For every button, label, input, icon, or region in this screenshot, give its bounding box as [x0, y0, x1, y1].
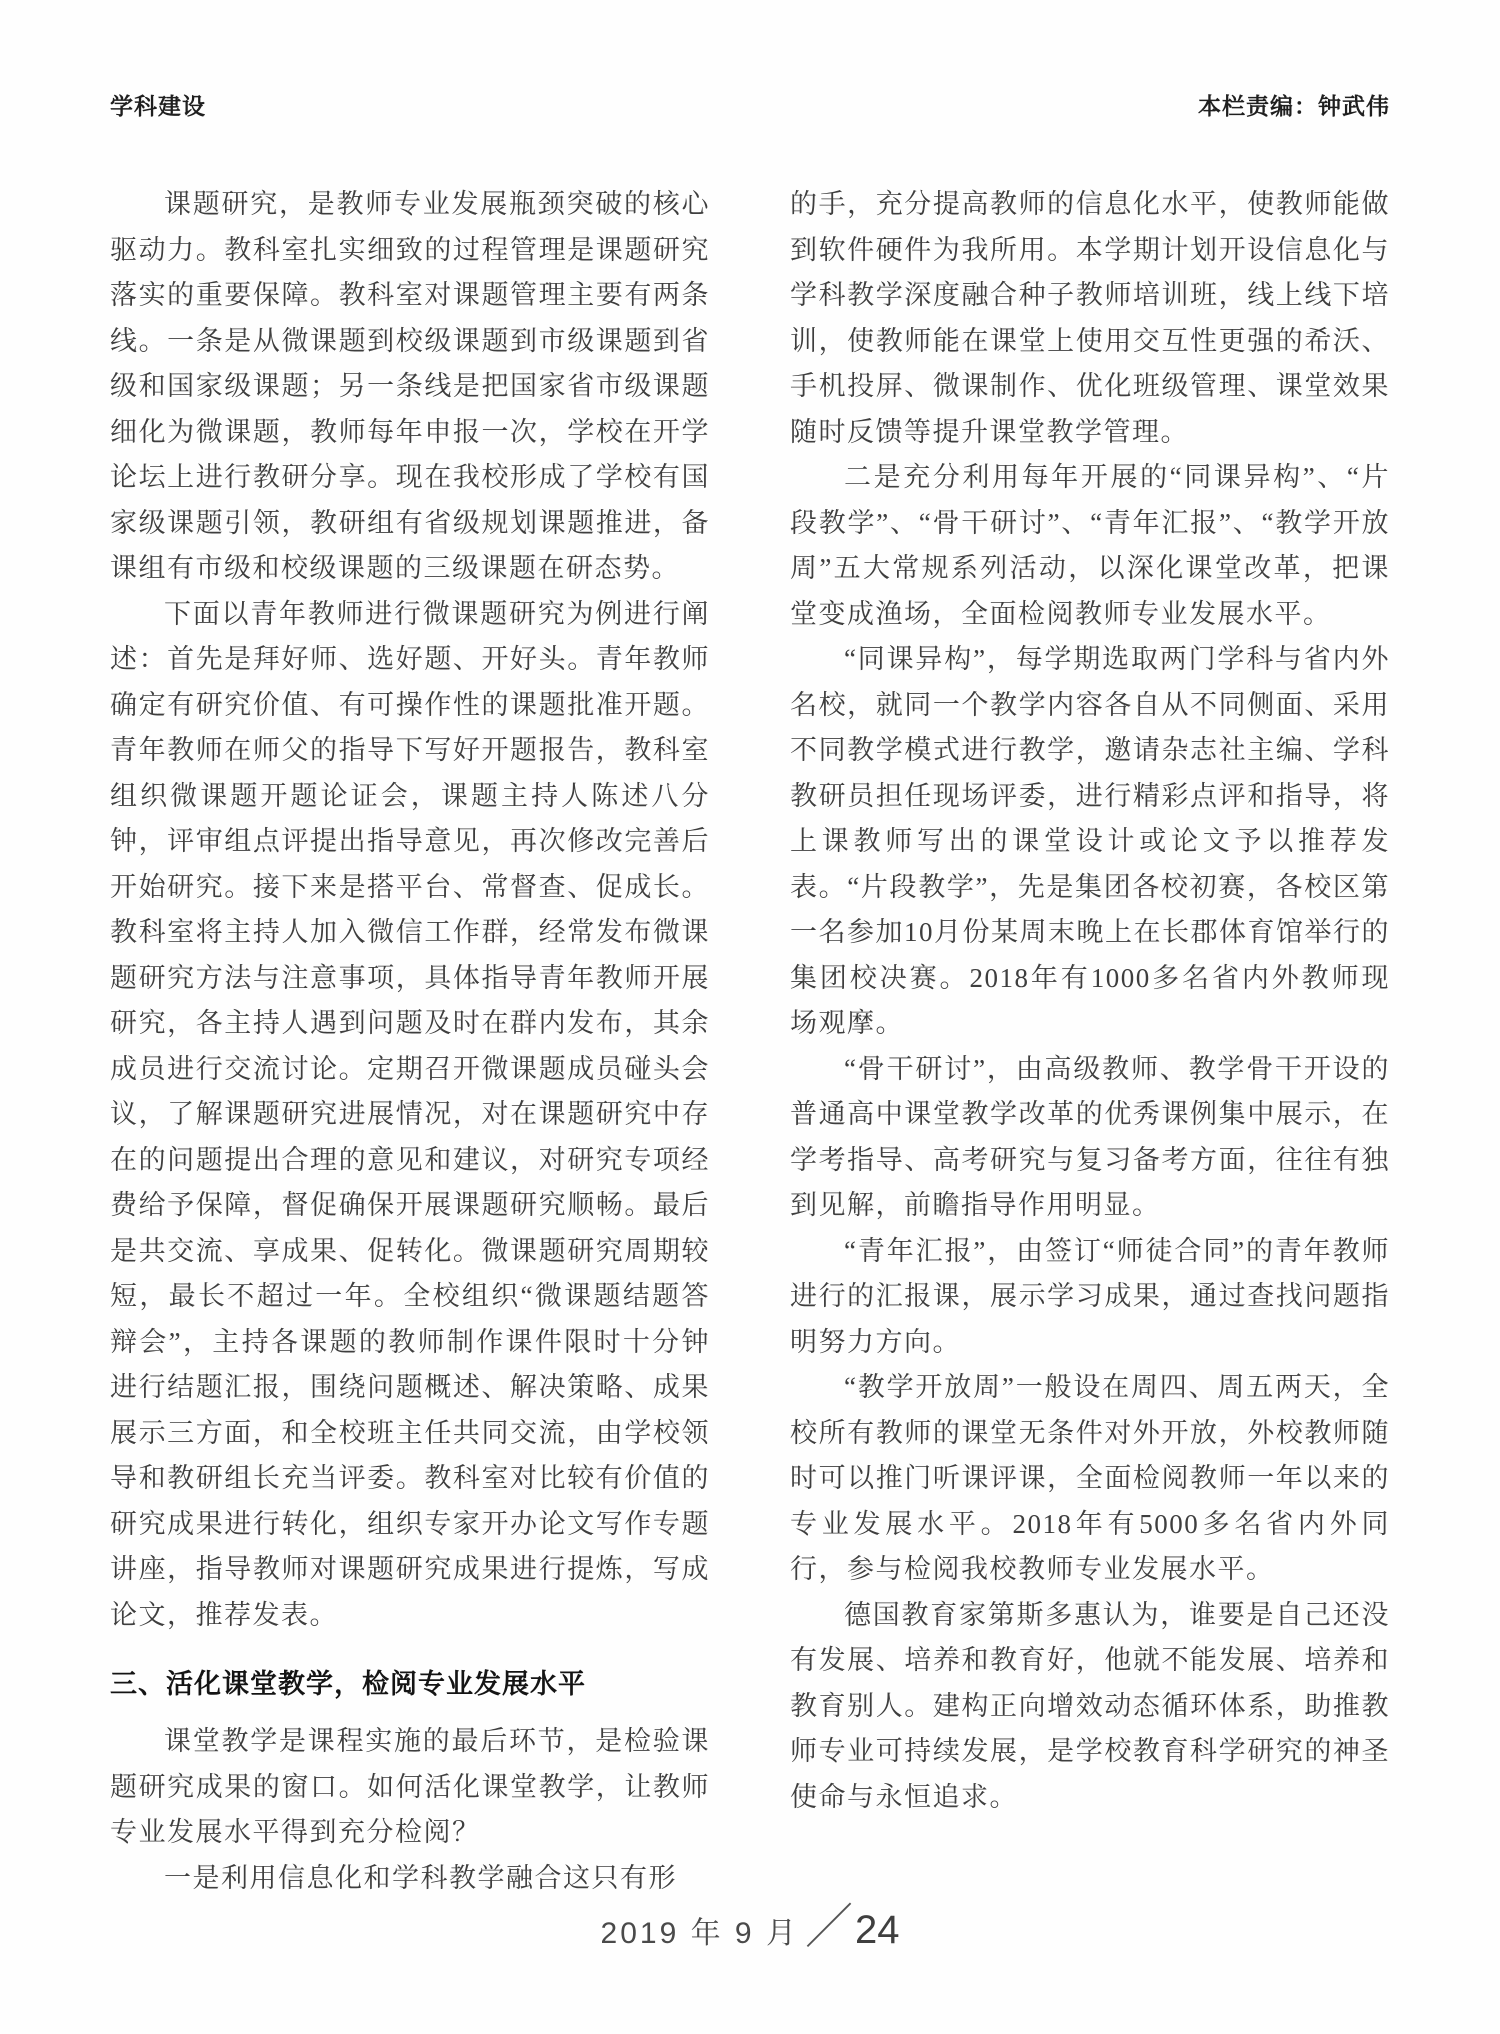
magazine-page: 学科建设 本栏责编：钟武伟 课题研究，是教师专业发展瓶颈突破的核心驱动力。教科室… — [0, 0, 1500, 2034]
page-header: 学科建设 本栏责编：钟武伟 — [110, 88, 1390, 121]
section-heading: 三、活化课堂教学，检阅专业发展水平 — [110, 1662, 710, 1701]
paragraph: 课堂教学是课程实施的最后环节，是检验课题研究成果的窗口。如何活化课堂教学，让教师… — [110, 1719, 710, 1856]
footer-slash: ／ — [805, 1888, 853, 1957]
column-editor-label: 本栏责编：钟武伟 — [1198, 88, 1390, 121]
paragraph: 德国教育家第斯多惠认为，谁要是自己还没有发展、培养和教育好，他就不能发展、培养和… — [790, 1593, 1390, 1821]
paragraph: 下面以青年教师进行微课题研究为例进行阐述：首先是拜好师、选好题、开好头。青年教师… — [110, 592, 710, 1639]
paragraph: 课题研究，是教师专业发展瓶颈突破的核心驱动力。教科室扎实细致的过程管理是课题研究… — [110, 182, 710, 592]
paragraph: “骨干研讨”，由高级教师、教学骨干开设的普通高中课堂教学改革的优秀课例集中展示，… — [790, 1047, 1390, 1229]
page-number: 24 — [855, 1908, 900, 1953]
left-column: 课题研究，是教师专业发展瓶颈突破的核心驱动力。教科室扎实细致的过程管理是课题研究… — [110, 182, 710, 1901]
paragraph: “青年汇报”，由签订“师徒合同”的青年教师进行的汇报课，展示学习成果，通过查找问… — [790, 1229, 1390, 1366]
page-footer: 2019 年 9 月 ／ 24 — [0, 1888, 1500, 1957]
article-body: 课题研究，是教师专业发展瓶颈突破的核心驱动力。教科室扎实细致的过程管理是课题研究… — [110, 182, 1390, 1901]
paragraph: 二是充分利用每年开展的“同课异构”、“片段教学”、“骨干研讨”、“青年汇报”、“… — [790, 455, 1390, 637]
paragraph: 的手，充分提高教师的信息化水平，使教师能做到软件硬件为我所用。本学期计划开设信息… — [790, 182, 1390, 455]
paragraph: “同课异构”，每学期选取两门学科与省内外名校，就同一个教学内容各自从不同侧面、采… — [790, 637, 1390, 1047]
section-label: 学科建设 — [110, 88, 206, 121]
right-column: 的手，充分提高教师的信息化水平，使教师能做到软件硬件为我所用。本学期计划开设信息… — [790, 182, 1390, 1901]
paragraph: “教学开放周”一般设在周四、周五两天，全校所有教师的课堂无条件对外开放，外校教师… — [790, 1365, 1390, 1593]
issue-date: 2019 年 9 月 — [601, 1908, 799, 1952]
